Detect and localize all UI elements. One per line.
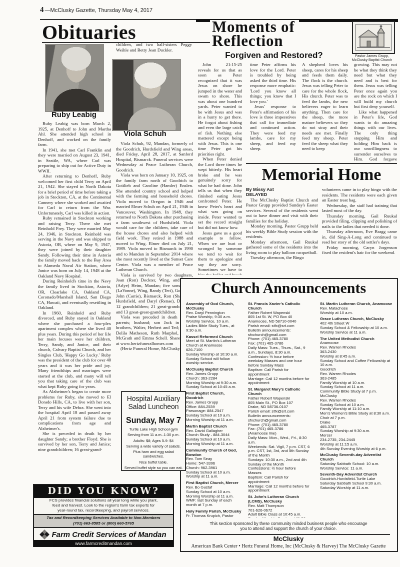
church-detail-line: Worship Service at 11 a.m.	[320, 330, 394, 334]
memorial-text-1: The McClusky Baptist Church and Pastor G…	[246, 197, 318, 260]
masthead-text: —McClusky Gazette, Thursday May 4, 2017	[45, 8, 153, 14]
obituary-name-viola: Viola Schuh	[110, 130, 180, 139]
sponsor-city-heading: McClusky	[182, 536, 395, 543]
paragraph: year-round tax, recordkeeping, and payro…	[35, 508, 172, 513]
paragraph: you to attend and support the church of …	[184, 526, 393, 531]
church-detail-line: Morning Worship at 11 a.m.	[186, 442, 242, 446]
page-header: 4—McClusky Gazette, Thursday May 4, 2017	[40, 5, 270, 16]
paragraph: growing. This may not be what they think…	[354, 62, 397, 109]
page-number: 4	[40, 6, 44, 14]
church-detail-line: Ladies Bible Study Tues., at 9:30 a.m.	[186, 324, 242, 333]
church-listing: The United Methodist ChurchAnamooseRev. …	[320, 337, 394, 451]
memorial-text-2: volunteers came in to play bingo with th…	[322, 187, 397, 276]
moments-column-2: time Peter affirms his love for the Lord…	[250, 62, 296, 162]
paragraph: Like what happened in Peter's life, God …	[354, 109, 397, 162]
church-listing: McClusky Seventh-day Adventist ChurchSat…	[320, 453, 394, 471]
fcs-ad-services-note-text: Tax and Recordkeeping Services Available…	[34, 515, 173, 527]
obituary-name-ruby: Ruby Leabig	[38, 111, 110, 120]
fcs-ad-services-note: Tax and Recordkeeping Services Available…	[34, 514, 173, 528]
moments-church-photo	[352, 21, 395, 54]
paragraph: Ruby remained in Stockton working and ra…	[38, 216, 111, 279]
fcs-website-bar: www.farmcreditmandan.com	[34, 540, 173, 547]
memorial-column-1: By Missy Axt DELAYED The McClusky Baptis…	[246, 187, 318, 276]
paragraph: During Reinhold's time in the Navy the f…	[38, 279, 111, 311]
church-detail-line: Marriage: Call 12 months before for appo…	[248, 377, 310, 386]
memorial-column-1-text: By Missy Axt DELAYED The McClusky Baptis…	[246, 187, 318, 276]
salad-ad-title-line1: Hospital Auxiliary	[122, 396, 185, 404]
salad-luncheon-ad: Hospital Auxiliary Salad Luncheon Sunday…	[121, 391, 186, 471]
church-listings-column-3: St. Martin Lutheran Church, AnamooseRev.…	[320, 302, 394, 518]
paragraph: Viola was born on January 10, 1925, on t…	[116, 173, 193, 273]
church-detail-line: Sunday School at 10:45 a.m.	[186, 385, 242, 389]
header-rule	[40, 19, 196, 20]
church-listing: Seventh-Day Adventist ChurchGoodrich-Hur…	[320, 473, 394, 491]
paragraph: Serving from 11 a.m.-1:30 p.m.	[123, 432, 184, 437]
church-detail-line: Worship Service: 11 a.m.	[320, 466, 394, 470]
obituary-column-ruby: Ruby Leabig was born March 2, 1925, at D…	[38, 121, 111, 481]
salad-ad-date: Sunday, May 7	[122, 416, 185, 425]
fcs-ad-body-text: FCS provides financial solutions all yea…	[35, 498, 172, 514]
church-listing: Assembly of God Church, McCluskyRev. Dar…	[186, 302, 242, 333]
paragraph: Monday morning, Pastor Grupp held his we…	[246, 224, 318, 240]
paragraph: Plus ham and egg salad sandwiches.	[123, 449, 184, 458]
church-name: St. Francis Xavier's Catholic Church	[248, 302, 310, 311]
paragraph: John 21:15-25 reveals for us that as soo…	[198, 62, 242, 157]
church-detail-line: Sunday School will follow worship servic…	[186, 357, 242, 366]
paragraph: The McClusky Baptist Church and Pastor G…	[246, 197, 318, 223]
church-listing: First Baptist Church, MercerRev. Bo Gust…	[186, 481, 242, 507]
salad-ad-details-text: Turtle Lake High School gymServing from …	[123, 427, 184, 471]
paragraph: A shepherd loves his sheep, cares for hi…	[302, 62, 348, 151]
moments-title-line2: Reflection	[212, 35, 295, 49]
sponsor-note-text: This section sponsored by these communit…	[184, 521, 393, 533]
church-listings-1: Assembly of God Church, McCluskyRev. Dar…	[186, 302, 242, 518]
paragraph: In 1941, she met Carl Franklin and they …	[38, 147, 111, 173]
fcs-ad-body: FCS provides financial solutions all yea…	[35, 498, 172, 514]
church-listing: Community Church of God, BowdonRev. Tom …	[186, 448, 242, 479]
paragraph: Monday afternoon, Gail Ruukal gathered s…	[246, 239, 318, 255]
moments-column-1: John 21:15-25 reveals for us that as soo…	[198, 62, 242, 275]
paragraph: In 1960, Reinhold and Ruby divorced, and…	[38, 310, 111, 389]
paragraph: Friday morning, Caryn Jorgenson fixed th…	[322, 245, 397, 256]
church-detail-line: WMF: last Sunday of each month at 7 p.m.	[186, 499, 242, 508]
paragraph: Viola Schuh, 92, Mandan, formerly of the…	[116, 141, 193, 173]
fcs-website-text: www.farmcreditmandan.com	[34, 540, 173, 547]
church-detail-line: 4th Sunday Evening Worship at 6 p.m.	[320, 447, 394, 451]
moments-column-4-text: growing. This may not be what they think…	[354, 62, 397, 162]
paragraph: Wednesday, the staff had training that l…	[322, 203, 397, 214]
church-name: Assembly of God Church, McClusky	[186, 302, 242, 311]
moments-column-3-text: A shepherd loves his sheep, cares for hi…	[302, 62, 348, 162]
moments-column-3: A shepherd loves his sheep, cares for hi…	[302, 62, 348, 162]
sponsor-rule	[188, 534, 390, 535]
fcs-brand-name: Farm Credit Services of Mandan	[52, 530, 167, 539]
obituary-continuation-text: children, and two half-sisters Peggy Wei…	[116, 42, 192, 58]
paragraph: Thursday afternoon, Eve Bragg came in, d…	[322, 229, 397, 245]
obituary-name-text: Viola Schuh	[110, 130, 180, 139]
church-detail-line: Morning Worship at 11 a.m.	[186, 418, 242, 422]
memorial-home-rule	[246, 163, 397, 164]
church-listing: McClusky Baptist ChurchRev. James GruppC…	[186, 368, 242, 390]
sponsor-list-text: American Bank Center • Hertz Funeral Hom…	[182, 543, 395, 551]
moments-column-1-text: John 21:15-25 reveals for us that as soo…	[198, 62, 242, 275]
memorial-column-2: volunteers came in to play bingo with th…	[322, 187, 397, 276]
paragraph: Nice buffet table.	[123, 460, 184, 465]
church-sketch-icon	[355, 24, 392, 51]
sponsor-list: American Bank Center • Hertz Funeral Hom…	[182, 543, 395, 551]
paragraph: As Alzheimer's began to create more prob…	[38, 389, 111, 431]
paragraph: time Peter affirms his love for the Lord…	[250, 62, 296, 104]
church-detail-line: Weekends: Sat. Vigil, 7 p.m. CST, 6 p.m.…	[248, 445, 310, 458]
paragraph: When Peter denied the Lord three times h…	[198, 157, 242, 231]
church-listing: Martin Baptist ChurchRev. David Gallaghe…	[186, 424, 242, 446]
church-listings-3: St. Martin Lutheran Church, AnamooseRev.…	[320, 302, 394, 518]
fcs-note-line2: (701) 663-8585 or (800) 660-5765	[34, 521, 173, 527]
obituary-name-text: Ruby Leabig	[38, 111, 110, 120]
paragraph: Ruby Leabig was born March 2, 1925, at D…	[38, 121, 111, 147]
sponsor-note: This section sponsored by these communit…	[184, 521, 393, 533]
church-detail-line: Confession: ½ hour before weekday Masses…	[248, 355, 310, 368]
newspaper-page: 4—McClusky Gazette, Thursday May 4, 2017…	[0, 0, 400, 567]
paragraph: children, and two half-sisters Peggy Wei…	[116, 42, 192, 53]
church-detail-line: Saturday Worship at 11 a.m.	[320, 486, 394, 490]
farm-credit-ad: DID YOU KNOW? FCS provides financial sol…	[33, 484, 174, 547]
did-you-know-banner: DID YOU KNOW?	[34, 485, 173, 498]
church-listing: Kassel Reformed ChurchMeet at St. Martin…	[186, 335, 242, 366]
paragraph: Tuesday afternoon, the Bingo	[246, 255, 318, 260]
church-listing: Holy Family Parish, McCluskyFr. Thomas K…	[186, 510, 242, 518]
paragraph: After returning to Denhoff, Ruby welcome…	[38, 174, 111, 216]
church-detail-line: Daily Mass: Mon., Wed., Fri., 8:30 a.m.	[248, 436, 310, 445]
salad-ad-details: Turtle Lake High School gymServing from …	[123, 427, 184, 471]
moments-article-headline: Forgiven and Restored?	[198, 50, 350, 60]
paragraph: Served buffet style so you can eat.	[123, 465, 184, 470]
church-listings-column-2: St. Francis Xavier's Catholic ChurchFath…	[248, 302, 310, 518]
church-listing: Grace Lutheran Church, McClusky402 4th S…	[320, 317, 394, 335]
paragraph: Thursday morning, Gail Ruukal provided f…	[322, 213, 397, 229]
church-listing: St. John's Lutheran Church (LCMS), McClu…	[248, 495, 310, 518]
page-header-text: 4—McClusky Gazette, Thursday May 4, 2017	[40, 5, 270, 16]
church-detail-line: Worship at 11 a.m.	[186, 475, 242, 479]
church-detail-line: Baptism: Call Parish for appointment	[248, 368, 310, 377]
church-listing: St. Francis Xavier's Catholic ChurchFath…	[248, 302, 310, 386]
farm-credit-diamond-logo-icon	[39, 529, 49, 539]
paragraph: Jesus gave us a good example to follow. …	[198, 230, 242, 275]
paragraph: Serving a wide variety of salads.	[123, 444, 184, 449]
obituary-photo-viola-schuh	[112, 59, 181, 131]
church-listing: St. Margaret Mary's Catholic ChurchFathe…	[248, 388, 310, 494]
salad-ad-title-line2: Salad Luncheon	[122, 404, 185, 412]
church-listing: St. Martin Lutheran Church, AnamooseRev.…	[320, 302, 394, 315]
church-detail-line: Worship at 10 a.m.	[320, 311, 394, 315]
church-listing: First Baptist Church, GoodrichRev. James…	[186, 392, 242, 423]
church-detail-line: Sunday Worship Service at 11:30 a.m.	[248, 517, 310, 518]
memorial-home-title: Memorial Home	[246, 165, 397, 185]
paragraph: volunteers came in to play bingo with th…	[322, 187, 397, 203]
obituary-photo-ruby-leabig	[45, 44, 104, 112]
paragraph: Jesus' response to Peter's affirmation o…	[250, 104, 296, 151]
paragraph: She is preceded in death by her daughter…	[38, 431, 111, 452]
moments-column-2-text: time Peter affirms his love for the Lord…	[250, 62, 296, 162]
church-listings-column-1: Assembly of God Church, McCluskyRev. Dar…	[186, 302, 242, 518]
church-announcements-title: Church Announcements	[182, 281, 395, 298]
obituary-continuation-column: children, and two half-sisters Peggy Wei…	[116, 42, 192, 58]
obituary-text-ruby: Ruby Leabig was born March 2, 1925, at D…	[38, 121, 111, 481]
church-listings-2: St. Francis Xavier's Catholic ChurchFath…	[248, 302, 310, 518]
moments-of-reflection-title: Moments of Reflection	[210, 20, 299, 51]
paragraph: Adults: $8; Ages 5-9: $4	[123, 438, 184, 443]
paragraph: Turtle Lake High School gym	[123, 427, 184, 432]
church-detail-line: Marriage: Call 12 months before for appo…	[248, 484, 310, 493]
church-detail-line: Daily Mass: Tues., Thurs., Sat., 9 a.m.,…	[248, 346, 310, 355]
moments-column-4: growing. This may not be what they think…	[354, 62, 397, 162]
fcs-brand-row: Farm Credit Services of Mandan	[34, 528, 173, 540]
